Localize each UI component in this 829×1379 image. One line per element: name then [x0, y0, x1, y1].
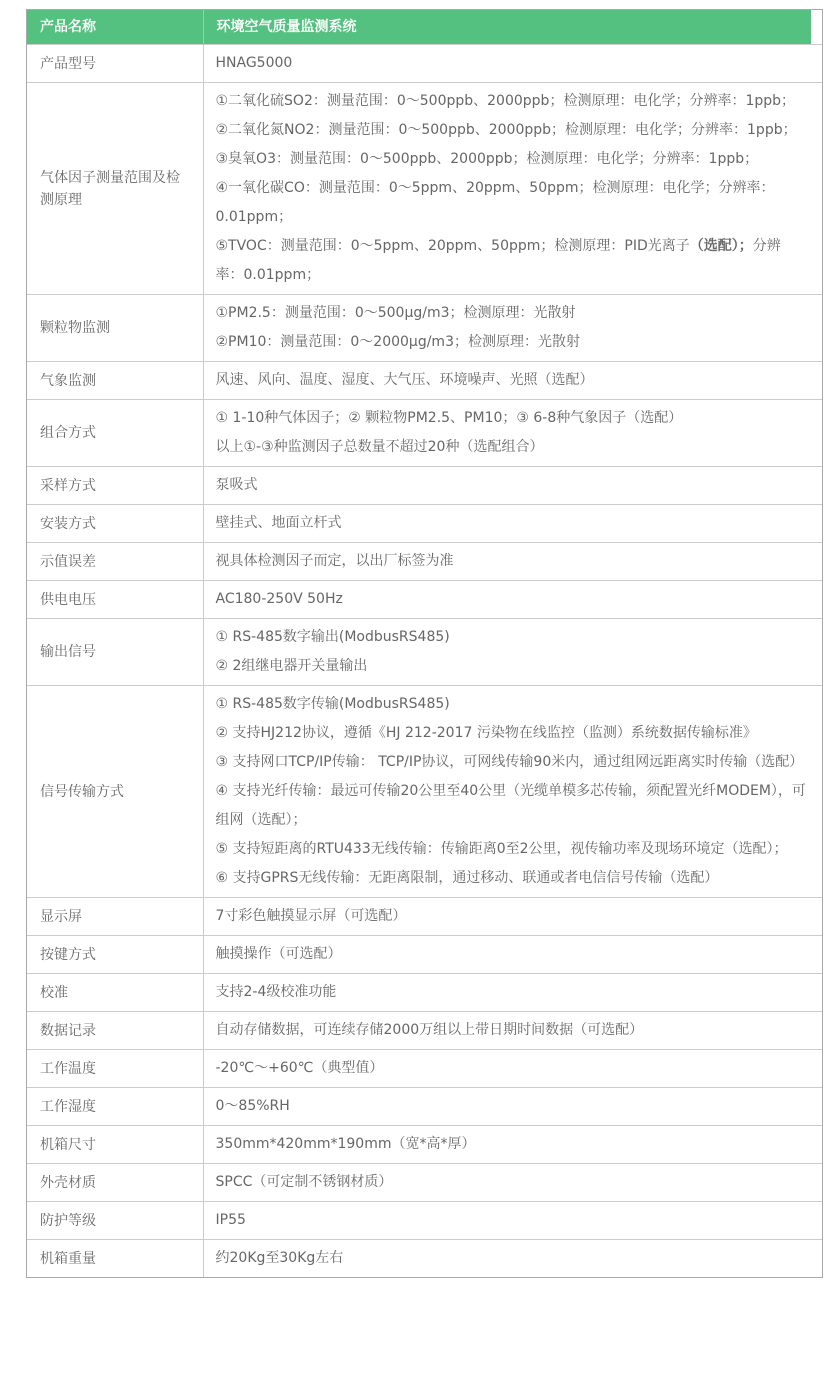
value-segment: ① RS-485数字传输(ModbusRS485) — [216, 696, 450, 712]
row-value: 触摸操作（可选配） — [203, 936, 822, 974]
table-row: 示值误差 视具体检测因子而定，以出厂标签为准 — [27, 543, 822, 581]
row-label: 数据记录 — [27, 1012, 203, 1050]
value-line: AC180-250V 50Hz — [216, 585, 809, 614]
row-label: 安装方式 — [27, 505, 203, 543]
value-segment-bold: （选配）； — [690, 238, 753, 254]
product-spec-table: 产品名称 环境空气质量监测系统 产品型号 HNAG5000 气体因子测量范围及检… — [27, 10, 822, 1277]
value-line: ② 支持HJ212协议，遵循《HJ 212-2017 污染物在线监控（监测）系统… — [216, 719, 809, 748]
row-value: ①二氧化硫SO2：测量范围：0～500ppb、2000ppb；检测原理：电化学；… — [203, 83, 822, 295]
value-segment: ⑤TVOC：测量范围：0～5ppm、20ppm、50ppm；检测原理：PID光离… — [216, 238, 690, 254]
table-row: 工作湿度 0～85%RH — [27, 1088, 822, 1126]
value-segment: ④ 支持光纤传输：最远可传输20公里至40公里（光缆单模多芯传输，须配置光纤MO… — [216, 783, 806, 828]
value-segment: ②PM10：测量范围：0～2000μg/m3；检测原理：光散射 — [216, 334, 580, 350]
row-value: AC180-250V 50Hz — [203, 581, 822, 619]
row-value: ①PM2.5：测量范围：0～500μg/m3；检测原理：光散射②PM10：测量范… — [203, 295, 822, 362]
value-line: 壁挂式、地面立杆式 — [216, 509, 809, 538]
row-value: HNAG5000 — [203, 45, 822, 83]
table-row: 防护等级 IP55 — [27, 1202, 822, 1240]
row-value: ① RS-485数字输出(ModbusRS485)② 2组继电器开关量输出 — [203, 619, 822, 686]
row-label: 组合方式 — [27, 400, 203, 467]
table-row: 机箱重量 约20Kg至30Kg左右 — [27, 1240, 822, 1278]
row-value: ① 1-10种气体因子；② 颗粒物PM2.5、PM10；③ 6-8种气象因子（选… — [203, 400, 822, 467]
row-label: 信号传输方式 — [27, 686, 203, 898]
row-label: 采样方式 — [27, 467, 203, 505]
value-segment: IP55 — [216, 1212, 246, 1228]
row-value: 泵吸式 — [203, 467, 822, 505]
value-segment: ② 2组继电器开关量输出 — [216, 658, 368, 674]
row-label: 显示屏 — [27, 898, 203, 936]
value-segment: 以上①-③种监测因子总数量不超过20种（选配组合） — [216, 439, 544, 455]
spec-table-container: 产品名称 环境空气质量监测系统 产品型号 HNAG5000 气体因子测量范围及检… — [26, 9, 823, 1278]
row-value: -20℃～+60℃（典型值） — [203, 1050, 822, 1088]
row-label: 机箱重量 — [27, 1240, 203, 1278]
value-line: IP55 — [216, 1206, 809, 1235]
value-line: 视具体检测因子而定，以出厂标签为准 — [216, 547, 809, 576]
table-row: 气象监测 风速、风向、温度、湿度、大气压、环境噪声、光照（选配） — [27, 362, 822, 400]
row-value: 350mm*420mm*190mm（宽*高*厚） — [203, 1126, 822, 1164]
value-segment: ①PM2.5：测量范围：0～500μg/m3；检测原理：光散射 — [216, 305, 576, 321]
value-segment: 壁挂式、地面立杆式 — [216, 515, 342, 531]
value-line: 350mm*420mm*190mm（宽*高*厚） — [216, 1130, 809, 1159]
row-value: 自动存储数据，可连续存储2000万组以上带日期时间数据（可选配） — [203, 1012, 822, 1050]
table-row: 颗粒物监测 ①PM2.5：测量范围：0～500μg/m3；检测原理：光散射②PM… — [27, 295, 822, 362]
value-line: SPCC（可定制不锈钢材质） — [216, 1168, 809, 1197]
row-label: 机箱尺寸 — [27, 1126, 203, 1164]
row-value: 7寸彩色触摸显示屏（可选配） — [203, 898, 822, 936]
value-segment: ③ 支持网口TCP/IP传输： TCP/IP协议，可网线传输90米内，通过组网远… — [216, 754, 804, 770]
value-line: ① 1-10种气体因子；② 颗粒物PM2.5、PM10；③ 6-8种气象因子（选… — [216, 404, 809, 433]
value-line: ②二氧化氮NO2：测量范围：0～500ppb、2000ppb；检测原理：电化学；… — [216, 116, 809, 145]
value-segment: ④一氧化碳CO：测量范围：0～5ppm、20ppm、50ppm；检测原理：电化学… — [216, 180, 775, 225]
value-line: HNAG5000 — [216, 49, 809, 78]
value-line: 自动存储数据，可连续存储2000万组以上带日期时间数据（可选配） — [216, 1016, 809, 1045]
value-line: ① RS-485数字传输(ModbusRS485) — [216, 690, 809, 719]
value-line: 风速、风向、温度、湿度、大气压、环境噪声、光照（选配） — [216, 366, 809, 395]
row-value: 支持2-4级校准功能 — [203, 974, 822, 1012]
value-segment: ① RS-485数字输出(ModbusRS485) — [216, 629, 450, 645]
value-line: 泵吸式 — [216, 471, 809, 500]
row-value: 视具体检测因子而定，以出厂标签为准 — [203, 543, 822, 581]
row-value: SPCC（可定制不锈钢材质） — [203, 1164, 822, 1202]
value-segment: AC180-250V 50Hz — [216, 591, 343, 607]
spec-table-body: 产品型号 HNAG5000 气体因子测量范围及检测原理 ①二氧化硫SO2：测量范… — [27, 45, 822, 1278]
spec-table-header: 产品名称 环境空气质量监测系统 — [27, 10, 822, 45]
value-line: 7寸彩色触摸显示屏（可选配） — [216, 902, 809, 931]
value-segment: ① 1-10种气体因子；② 颗粒物PM2.5、PM10；③ 6-8种气象因子（选… — [216, 410, 683, 426]
value-line: ⑤TVOC：测量范围：0～5ppm、20ppm、50ppm；检测原理：PID光离… — [216, 232, 809, 290]
value-segment: ⑥ 支持GPRS无线传输：无距离限制，通过移动、联通或者电信信号传输（选配） — [216, 870, 719, 886]
row-value: IP55 — [203, 1202, 822, 1240]
value-segment: 自动存储数据，可连续存储2000万组以上带日期时间数据（可选配） — [216, 1022, 644, 1038]
row-label: 工作湿度 — [27, 1088, 203, 1126]
value-line: ②PM10：测量范围：0～2000μg/m3；检测原理：光散射 — [216, 328, 809, 357]
value-segment: HNAG5000 — [216, 55, 293, 71]
row-label: 输出信号 — [27, 619, 203, 686]
header-value-cell: 环境空气质量监测系统 — [203, 10, 822, 45]
value-line: ①PM2.5：测量范围：0～500μg/m3；检测原理：光散射 — [216, 299, 809, 328]
table-row: 供电电压 AC180-250V 50Hz — [27, 581, 822, 619]
row-label: 校准 — [27, 974, 203, 1012]
value-segment: ⑤ 支持短距离的RTU433无线传输：传输距离0至2公里，视传输功率及现场环境定… — [216, 841, 788, 857]
row-label: 气体因子测量范围及检测原理 — [27, 83, 203, 295]
value-segment: 视具体检测因子而定，以出厂标签为准 — [216, 553, 454, 569]
header-label-cell: 产品名称 — [27, 10, 203, 45]
product-spec-page: 产品名称 环境空气质量监测系统 产品型号 HNAG5000 气体因子测量范围及检… — [0, 0, 829, 1379]
value-line: ④ 支持光纤传输：最远可传输20公里至40公里（光缆单模多芯传输，须配置光纤MO… — [216, 777, 809, 835]
value-segment: -20℃～+60℃（典型值） — [216, 1060, 384, 1076]
value-segment: SPCC（可定制不锈钢材质） — [216, 1174, 393, 1190]
row-label: 工作温度 — [27, 1050, 203, 1088]
value-segment: 约20Kg至30Kg左右 — [216, 1250, 344, 1266]
value-line: -20℃～+60℃（典型值） — [216, 1054, 809, 1083]
value-line: ③臭氧O3：测量范围：0～500ppb、2000ppb；检测原理：电化学；分辨率… — [216, 145, 809, 174]
value-line: ② 2组继电器开关量输出 — [216, 652, 809, 681]
value-segment: 风速、风向、温度、湿度、大气压、环境噪声、光照（选配） — [216, 372, 594, 388]
row-value: 风速、风向、温度、湿度、大气压、环境噪声、光照（选配） — [203, 362, 822, 400]
value-line: ③ 支持网口TCP/IP传输： TCP/IP协议，可网线传输90米内，通过组网远… — [216, 748, 809, 777]
row-label: 产品型号 — [27, 45, 203, 83]
value-segment: ② 支持HJ212协议，遵循《HJ 212-2017 污染物在线监控（监测）系统… — [216, 725, 757, 741]
table-row: 组合方式 ① 1-10种气体因子；② 颗粒物PM2.5、PM10；③ 6-8种气… — [27, 400, 822, 467]
value-line: 触摸操作（可选配） — [216, 940, 809, 969]
value-segment: ①二氧化硫SO2：测量范围：0～500ppb、2000ppb；检测原理：电化学；… — [216, 93, 796, 109]
value-line: ⑥ 支持GPRS无线传输：无距离限制，通过移动、联通或者电信信号传输（选配） — [216, 864, 809, 893]
table-row: 输出信号 ① RS-485数字输出(ModbusRS485)② 2组继电器开关量… — [27, 619, 822, 686]
table-row: 信号传输方式 ① RS-485数字传输(ModbusRS485)② 支持HJ21… — [27, 686, 822, 898]
value-segment: 支持2-4级校准功能 — [216, 984, 337, 1000]
table-row: 外壳材质 SPCC（可定制不锈钢材质） — [27, 1164, 822, 1202]
value-line: ①二氧化硫SO2：测量范围：0～500ppb、2000ppb；检测原理：电化学；… — [216, 87, 809, 116]
table-row: 数据记录 自动存储数据，可连续存储2000万组以上带日期时间数据（可选配） — [27, 1012, 822, 1050]
row-value: 0～85%RH — [203, 1088, 822, 1126]
value-line: 以上①-③种监测因子总数量不超过20种（选配组合） — [216, 433, 809, 462]
value-line: 约20Kg至30Kg左右 — [216, 1244, 809, 1273]
row-label: 气象监测 — [27, 362, 203, 400]
table-row: 采样方式 泵吸式 — [27, 467, 822, 505]
table-row: 按键方式 触摸操作（可选配） — [27, 936, 822, 974]
table-row: 机箱尺寸 350mm*420mm*190mm（宽*高*厚） — [27, 1126, 822, 1164]
value-segment: 0～85%RH — [216, 1098, 290, 1114]
row-value: 壁挂式、地面立杆式 — [203, 505, 822, 543]
table-row: 显示屏 7寸彩色触摸显示屏（可选配） — [27, 898, 822, 936]
value-line: ⑤ 支持短距离的RTU433无线传输：传输距离0至2公里，视传输功率及现场环境定… — [216, 835, 809, 864]
value-segment: ③臭氧O3：测量范围：0～500ppb、2000ppb；检测原理：电化学；分辨率… — [216, 151, 759, 167]
value-line: ① RS-485数字输出(ModbusRS485) — [216, 623, 809, 652]
table-row: 安装方式 壁挂式、地面立杆式 — [27, 505, 822, 543]
value-line: 0～85%RH — [216, 1092, 809, 1121]
table-row: 工作温度 -20℃～+60℃（典型值） — [27, 1050, 822, 1088]
row-label: 按键方式 — [27, 936, 203, 974]
value-segment: 泵吸式 — [216, 477, 258, 493]
value-segment: 触摸操作（可选配） — [216, 946, 342, 962]
row-label: 颗粒物监测 — [27, 295, 203, 362]
row-label: 供电电压 — [27, 581, 203, 619]
table-row: 校准 支持2-4级校准功能 — [27, 974, 822, 1012]
row-value: 约20Kg至30Kg左右 — [203, 1240, 822, 1278]
row-label: 外壳材质 — [27, 1164, 203, 1202]
value-line: 支持2-4级校准功能 — [216, 978, 809, 1007]
row-label: 示值误差 — [27, 543, 203, 581]
value-segment: 350mm*420mm*190mm（宽*高*厚） — [216, 1136, 476, 1152]
header-row: 产品名称 环境空气质量监测系统 — [27, 10, 822, 45]
table-row: 气体因子测量范围及检测原理 ①二氧化硫SO2：测量范围：0～500ppb、200… — [27, 83, 822, 295]
value-segment: ②二氧化氮NO2：测量范围：0～500ppb、2000ppb；检测原理：电化学；… — [216, 122, 797, 138]
row-label: 防护等级 — [27, 1202, 203, 1240]
row-value: ① RS-485数字传输(ModbusRS485)② 支持HJ212协议，遵循《… — [203, 686, 822, 898]
value-line: ④一氧化碳CO：测量范围：0～5ppm、20ppm、50ppm；检测原理：电化学… — [216, 174, 809, 232]
table-row: 产品型号 HNAG5000 — [27, 45, 822, 83]
value-segment: 7寸彩色触摸显示屏（可选配） — [216, 908, 407, 924]
